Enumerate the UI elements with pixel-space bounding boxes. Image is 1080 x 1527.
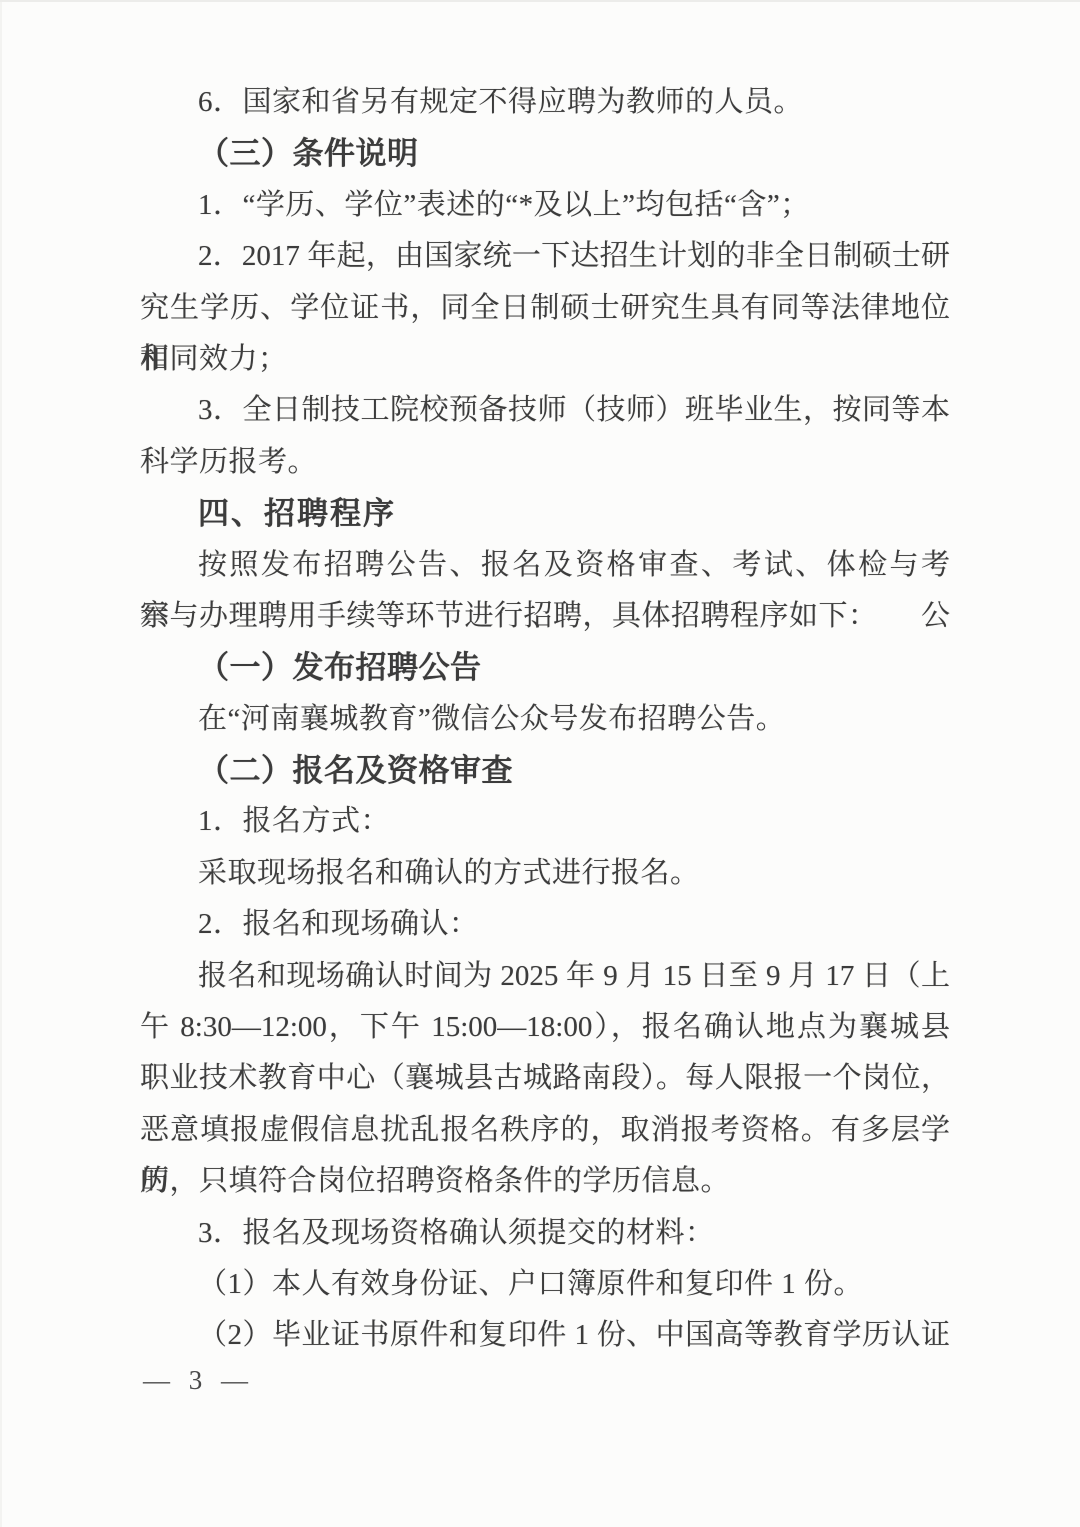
heading-condition-notes: （三）条件说明 [140,128,950,179]
text-line: 的，只填符合岗位招聘资格条件的学历信息。 [140,1156,950,1207]
text-line: 2．2017 年起，由国家统一下达招生计划的非全日制硕士研 [140,231,950,282]
text-line: 按照发布招聘公告、报名及资格审查、考试、体检与考察、公 [140,540,950,591]
text-line: 报名和现场确认时间为 2025 年 9 月 15 日至 9 月 17 日（上 [140,951,950,1002]
heading-publish-announcement: （一）发布招聘公告 [140,642,950,693]
text-line: 6．国家和省另有规定不得应聘为教师的人员。 [140,77,950,128]
text-line: 科学历报考。 [140,437,950,488]
text-line: 1．报名方式： [140,796,950,847]
text-line: 采取现场报名和确认的方式进行报名。 [140,848,950,899]
page-content: 6．国家和省另有规定不得应聘为教师的人员。 （三）条件说明 1．“学历、学位”表… [140,77,950,1362]
heading-registration-review: （二）报名及资格审查 [140,745,950,796]
text-line: 究生学历、学位证书，同全日制硕士研究生具有同等法律地位和 [140,283,950,334]
text-line: 相同效力； [140,334,950,385]
text-line: 1．“学历、学位”表述的“*及以上”均包括“含”； [140,180,950,231]
text-line: （1）本人有效身份证、户口簿原件和复印件 1 份。 [140,1259,950,1310]
text-line: （2）毕业证书原件和复印件 1 份、中国高等教育学历认证 [140,1310,950,1361]
document-page: 6．国家和省另有规定不得应聘为教师的人员。 （三）条件说明 1．“学历、学位”表… [0,0,1080,1527]
text-line: 2．报名和现场确认： [140,899,950,950]
heading-recruitment-procedure: 四、招聘程序 [140,488,950,539]
text-line: 3．全日制技工院校预备技师（技师）班毕业生，按同等本 [140,385,950,436]
page-number: — 3 — [143,1365,254,1396]
text-line: 3．报名及现场资格确认须提交的材料： [140,1208,950,1259]
text-line: 在“河南襄城教育”微信公众号发布招聘公告。 [140,694,950,745]
text-line: 职业技术教育中心（襄城县古城路南段）。每人限报一个岗位， [140,1053,950,1104]
text-line: 示与办理聘用手续等环节进行招聘，具体招聘程序如下： [140,591,950,642]
text-line: 恶意填报虚假信息扰乱报名秩序的，取消报考资格。有多层学历 [140,1105,950,1156]
text-line: 午 8:30—12:00，下午 15:00—18:00），报名确认地点为襄城县 [140,1002,950,1053]
